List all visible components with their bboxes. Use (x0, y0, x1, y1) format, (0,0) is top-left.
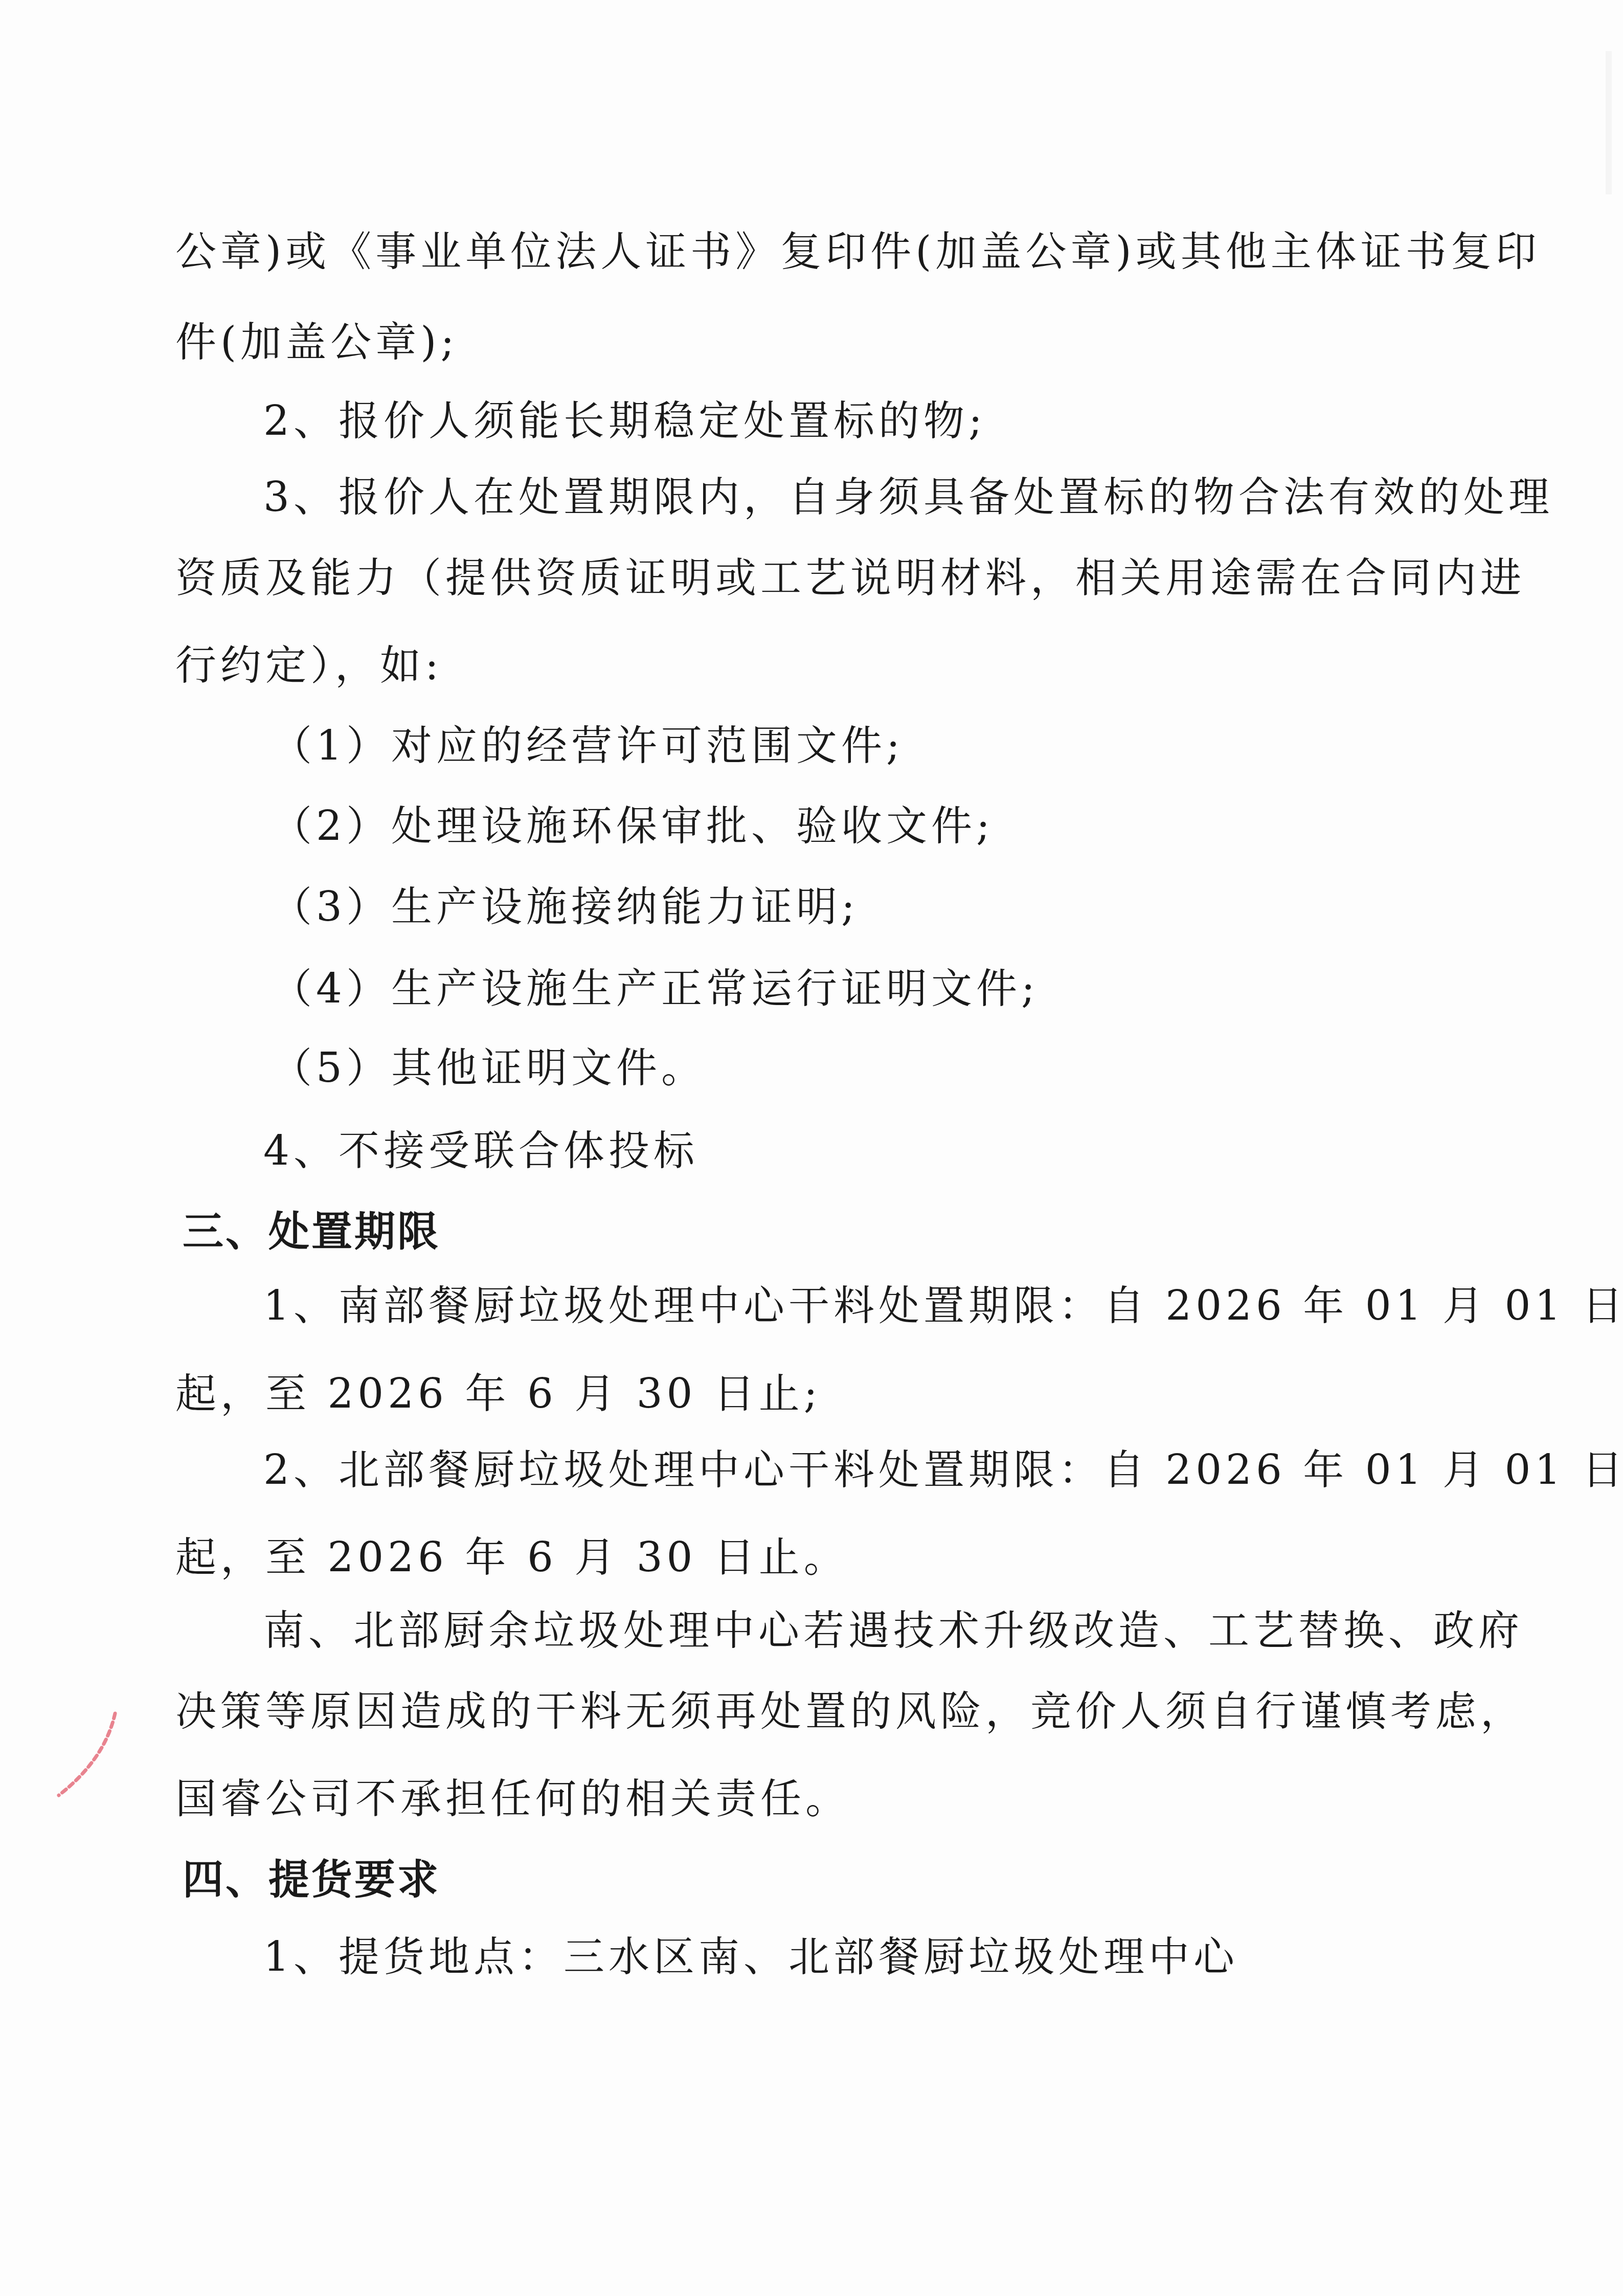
text-line: 起，至 2026 年 6 月 30 日止; (175, 1368, 822, 1419)
text-line: 2、报价人须能长期稳定处置标的物; (263, 395, 986, 447)
text-line: 件(加盖公章); (175, 317, 458, 368)
text-line: 3、报价人在处置期限内，自身须具备处置标的物合法有效的处理 (263, 472, 1553, 523)
text-line: 南、北部厨余垃圾处理中心若遇技术升级改造、工艺替换、政府 (263, 1605, 1523, 1656)
text-line: （4）生产设施生产正常运行证明文件; (271, 963, 1039, 1014)
text-line: （5）其他证明文件。 (271, 1042, 706, 1094)
section-3-heading: 三、处置期限 (183, 1206, 440, 1257)
text-line: （2）处理设施环保审批、验收文件; (271, 800, 994, 852)
text-line: 1、南部餐厨垃圾处理中心干料处置期限：自 2026 年 01 月 01 日 (263, 1280, 1623, 1331)
text-line: 行约定），如: (175, 640, 443, 691)
text-line: 1、提货地点：三水区南、北部餐厨垃圾处理中心 (263, 1931, 1238, 1982)
text-line: （3）生产设施接纳能力证明; (271, 881, 859, 932)
text-line: 决策等原因造成的干料无须再处置的风险，竞价人须自行谨慎考虑， (175, 1686, 1525, 1737)
text-line: 资质及能力（提供资质证明或工艺说明材料，相关用途需在合同内进 (175, 552, 1525, 604)
text-line: 4、不接受联合体投标 (263, 1125, 698, 1176)
red-seal-fragment-icon (49, 1703, 125, 1805)
text-line: 国睿公司不承担任何的相关责任。 (175, 1773, 850, 1824)
text-line: 公章)或《事业单位法人证书》复印件(加盖公章)或其他主体证书复印 (175, 226, 1541, 277)
text-line: （1）对应的经营许可范围文件; (271, 720, 904, 771)
section-4-heading: 四、提货要求 (183, 1854, 440, 1905)
scan-artifact (1606, 51, 1612, 194)
text-line: 2、北部餐厨垃圾处理中心干料处置期限：自 2026 年 01 月 01 日 (263, 1444, 1623, 1496)
text-line: 起，至 2026 年 6 月 30 日止。 (175, 1532, 849, 1583)
